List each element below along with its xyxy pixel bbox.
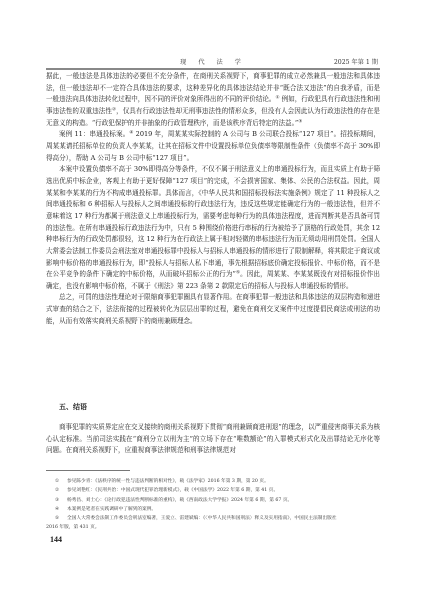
paragraph-analysis: 本案中设置负债率不高于 30%即得高分等条件，不仅不属于刑法意义上的串通投标行为… [46, 164, 380, 292]
conclusion-text: 商事犯罪的实质界定应在交叉接续的商刑关系视野下贯彻“商刑兼顾商进刑退”的理念，以… [46, 422, 380, 457]
footnote-rule [46, 470, 130, 471]
footnote-ref-3[interactable]: ③ [298, 119, 302, 124]
paragraph-1: 据此，一般违法是具体违法的必要但不充分条件，在商刑关系视野下，商事犯罪的成立必然… [46, 71, 380, 129]
footnote-5: ⑤全国人大常委会法制工作委员会刑法室编著，王爱立、雷建斌编：《〈中华人民共和国刑… [46, 514, 380, 523]
footnote-3: ③杨秀昌、刘士心：《论行政犯违法性判断标准的重构》，载《西南政法大学学报》202… [46, 496, 380, 505]
footnote-2: ②参见刘艳红：《民刑共治：中国式现代犯罪治理新模式》，载《中国法学》2022 年… [46, 486, 380, 495]
paragraph-summary: 总之，可罚的违法性理论对于限缩商事犯罪圈具有显著作用。在商事犯罪一般违法和具体违… [46, 292, 380, 327]
paragraph-case-11: 案例 11：串通投标案。④ 2019 年，周某某实际控制的 A 公司与 B 公司… [46, 129, 380, 164]
body-text: 据此，一般违法是具体违法的必要但不充分条件，在商刑关系视野下，商事犯罪的成立必然… [46, 71, 380, 327]
conclusion-paragraph: 商事犯罪的实质界定应在交叉接续的商刑关系视野下贯彻“商刑兼顾商进刑退”的理念，以… [46, 422, 380, 457]
issue-label: 2025 年第 1 期 [334, 57, 378, 66]
footnote-1: ①参见陈少青：《法秩序的统一性与违法判断的相对性》，载《法学家》2016 年第 … [46, 477, 380, 486]
page-number: 144 [50, 535, 62, 544]
section-heading: 五、结语 [59, 402, 87, 412]
footnote-4: ④本案例是笔者在实践调研中了解到的案例。 [46, 505, 380, 514]
header-rule [46, 68, 380, 70]
footnotes: ①参见陈少青：《法秩序的统一性与违法判断的相对性》，载《法学家》2016 年第 … [46, 477, 380, 533]
footnote-5-continuation: 2016 年版，第 431 页。 [46, 523, 380, 532]
running-head: 现 代 法 学 2025 年第 1 期 [46, 57, 380, 67]
journal-title: 现 代 法 学 [46, 57, 380, 66]
